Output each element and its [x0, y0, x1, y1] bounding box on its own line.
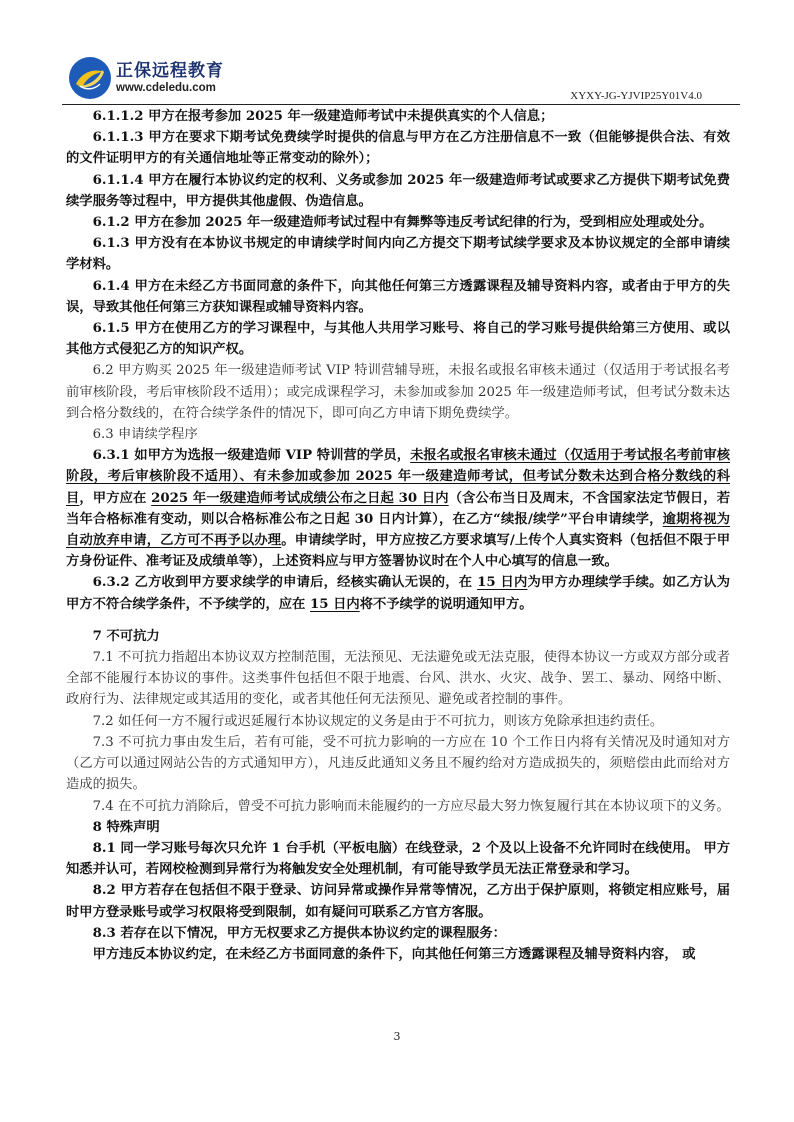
heading-6-3: 6.3 申请续学程序 [66, 424, 730, 445]
clause-6-3-1-underlined-2: 2025 年一级建造师考试成绩公布之日起 30 日内 [151, 491, 449, 506]
brand-name: 正保远程教育 [116, 61, 224, 81]
brand-url: www.cdeledu.com [116, 81, 224, 95]
clause-6-3-2-text-1: 6.3.2 乙方收到甲方要求续学的申请后，经核实确认无误的，在 [93, 575, 478, 590]
clause-8-3-item: 甲方违反本协议约定，在未经乙方书面同意的条件下，向其他任何第三方透露课程及辅导资… [66, 944, 730, 965]
page-header: 正保远程教育 www.cdeledu.com XYXY-JG-YJVIP25Y0… [62, 54, 740, 105]
clause-7-4: 7.4 在不可抗力消除后，曾受不可抗力影响而未能履约的一方应尽最大努力恢复履行其… [66, 796, 730, 817]
clause-6-3-2-underlined-1: 15 日内 [477, 575, 527, 590]
clause-8-3: 8.3 若存在以下情况，甲方无权要求乙方提供本协议约定的课程服务： [66, 923, 730, 944]
clause-6-1-4: 6.1.4 甲方在未经乙方书面同意的条件下，向其他任何第三方透露课程及辅导资料内… [66, 276, 730, 318]
clause-8-2: 8.2 甲方若存在包括但不限于登录、访问异常或操作异常等情况，乙方出于保护原则，… [66, 880, 730, 922]
clause-6-3-1-text-1: 6.3.1 如甲方为选报一级建造师 VIP 特训营的学员， [93, 448, 411, 463]
brand-logo: 正保远程教育 www.cdeledu.com [68, 56, 224, 100]
document-body: 6.1.1.2 甲方在报考参加 2025 年一级建造师考试中未提供真实的个人信息… [66, 106, 730, 965]
heading-7: 7 不可抗力 [66, 626, 730, 647]
clause-6-3-2: 6.3.2 乙方收到甲方要求续学的申请后，经核实确认无误的，在 15 日内为甲方… [66, 572, 730, 614]
section-gap [66, 615, 730, 626]
clause-7-2: 7.2 如任何一方不履行或迟延履行本协议规定的义务是由于不可抗力，则该方免除承担… [66, 711, 730, 732]
clause-6-1-1-3: 6.1.1.3 甲方在要求下期考试免费续学时提供的信息与甲方在乙方注册信息不一致… [66, 127, 730, 169]
clause-6-1-5: 6.1.5 甲方在使用乙方的学习课程中，与其他人共用学习账号、将自己的学习账号提… [66, 318, 730, 360]
clause-6-3-2-underlined-2: 15 日内 [310, 597, 360, 612]
clause-7-1: 7.1 不可抗力指超出本协议双方控制范围，无法预见、无法避免或无法克服，使得本协… [66, 647, 730, 711]
clause-6-1-1-2: 6.1.1.2 甲方在报考参加 2025 年一级建造师考试中未提供真实的个人信息… [66, 106, 730, 127]
clause-6-2: 6.2 甲方购买 2025 年一级建造师考试 VIP 特训营辅导班，未报名或报名… [66, 360, 730, 424]
clause-7-3: 7.3 不可抗力事由发生后，若有可能，受不可抗力影响的一方应在 10 个工作日内… [66, 732, 730, 796]
clause-6-3-1: 6.3.1 如甲方为选报一级建造师 VIP 特训营的学员，未报名或报名审核未通过… [66, 445, 730, 572]
clause-6-3-2-text-3: 将不予续学的说明通知甲方。 [360, 597, 533, 612]
clause-6-3-1-text-2: ，甲方应在 [79, 491, 151, 506]
document-code: XYXY-JG-YJVIP25Y01V4.0 [570, 90, 702, 102]
page-number: 3 [0, 1030, 794, 1043]
clause-8-1: 8.1 同一学习账号每次只允许 1 台手机（平板电脑）在线登录，2 个及以上设备… [66, 838, 730, 880]
heading-8: 8 特殊声明 [66, 817, 730, 838]
clause-6-1-2: 6.1.2 甲方在参加 2025 年一级建造师考试过程中有舞弊等违反考试纪律的行… [66, 212, 730, 233]
logo-mark-icon [68, 56, 112, 100]
clause-6-1-3: 6.1.3 甲方没有在本协议书规定的申请续学时间内向乙方提交下期考试续学要求及本… [66, 233, 730, 275]
clause-6-1-1-4: 6.1.1.4 甲方在履行本协议约定的权利、义务或参加 2025 年一级建造师考… [66, 170, 730, 212]
